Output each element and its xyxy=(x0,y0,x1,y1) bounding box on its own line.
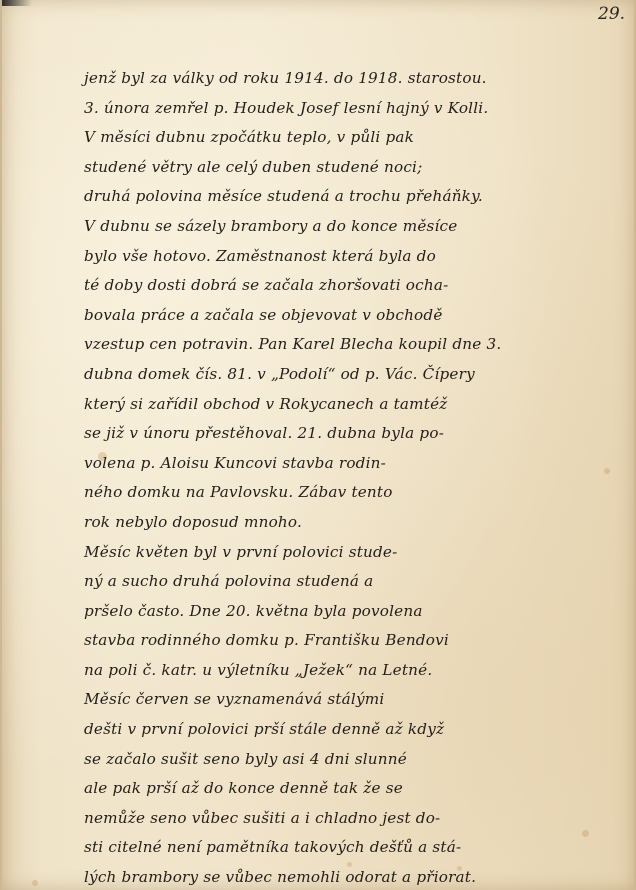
foxing-spot xyxy=(582,830,589,837)
text-line: sti citelné není pamětníka takových dešť… xyxy=(84,833,554,863)
text-line: V měsíci dubnu zpočátku teplo, v půli pa… xyxy=(84,123,554,153)
text-line: nemůže seno vůbec sušiti a i chladno jes… xyxy=(84,804,554,834)
text-line: rok nebylo doposud mnoho. xyxy=(84,508,554,538)
text-line: druhá polovina měsíce studená a trochu p… xyxy=(84,182,554,212)
text-line: bylo vše hotovo. Zaměstnanost která byla… xyxy=(84,242,554,272)
text-line: ného domku na Pavlovsku. Zábav tento xyxy=(84,478,554,508)
document-page: 29. jenž byl za války od roku 1914. do 1… xyxy=(0,0,636,890)
scan-edge-shadow xyxy=(2,0,32,6)
text-line: 3. února zemřel p. Houdek Josef lesní ha… xyxy=(84,94,554,124)
text-line: který si zařídil obchod v Rokycanech a t… xyxy=(84,390,554,420)
text-line: V dubnu se sázely brambory a do konce mě… xyxy=(84,212,554,242)
handwritten-text-block: jenž byl za války od roku 1914. do 1918.… xyxy=(84,64,554,890)
foxing-spot xyxy=(604,468,610,474)
text-line: na poli č. katr. u výletníku „Ježek“ na … xyxy=(84,656,554,686)
text-line: Měsíc květen byl v první polovici stude- xyxy=(84,538,554,568)
text-line: stavba rodinného domku p. Františku Bend… xyxy=(84,626,554,656)
text-line: dešti v první polovici prší stále denně … xyxy=(84,715,554,745)
text-line: studené větry ale celý duben studené noc… xyxy=(84,153,554,183)
text-line: Měsíc červen se vyznamenává stálými xyxy=(84,685,554,715)
text-line: vzestup cen potravin. Pan Karel Blecha k… xyxy=(84,330,554,360)
text-line: se začalo sušit seno byly asi 4 dni slun… xyxy=(84,745,554,775)
text-line: ale pak prší až do konce denně tak že se xyxy=(84,774,554,804)
page-number: 29. xyxy=(598,4,625,24)
text-line: ný a sucho druhá polovina studená a xyxy=(84,567,554,597)
text-line: té doby dosti dobrá se začala zhoršovati… xyxy=(84,271,554,301)
text-line: volena p. Aloisu Kuncovi stavba rodin- xyxy=(84,449,554,479)
text-line: bovala práce a začala se objevovat v obc… xyxy=(84,301,554,331)
foxing-spot xyxy=(32,880,38,886)
text-line: lých brambory se vůbec nemohli odorat a … xyxy=(84,863,554,890)
text-line: jenž byl za války od roku 1914. do 1918.… xyxy=(84,64,554,94)
text-line: dubna domek čís. 81. v „Podolí“ od p. Vá… xyxy=(84,360,554,390)
text-line: pršelo často. Dne 20. května byla povole… xyxy=(84,597,554,627)
text-line: se již v únoru přestěhoval. 21. dubna by… xyxy=(84,419,554,449)
